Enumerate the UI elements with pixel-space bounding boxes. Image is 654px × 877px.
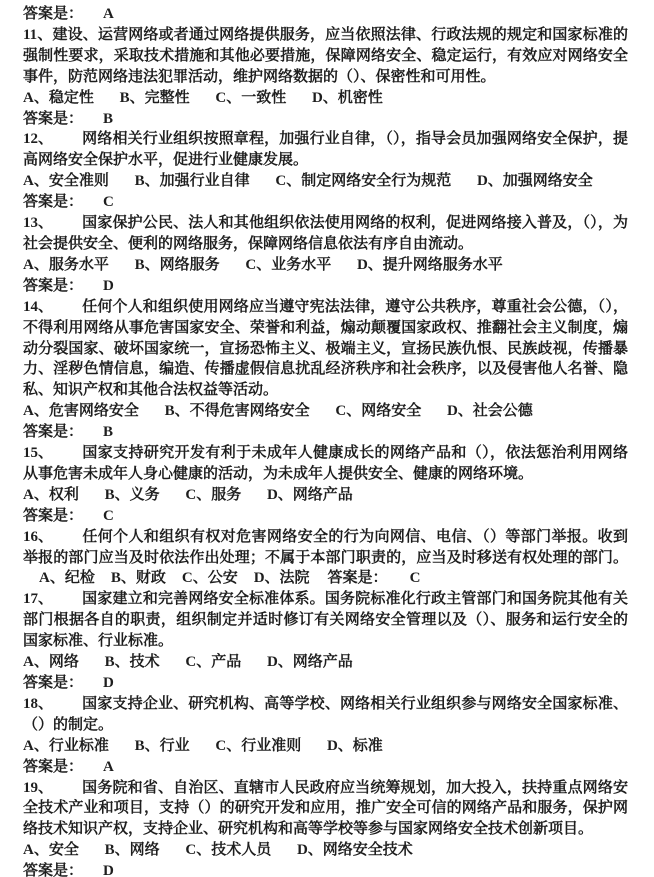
answer-label: 答案是： — [23, 109, 103, 130]
question-text-block: 18、国家支持企业、研究机构、高等学校、网络相关行业组织参与网络安全国家标准、（… — [23, 694, 628, 736]
question-number: 11、 — [23, 27, 52, 43]
answer-label: 答案是： — [23, 673, 103, 694]
option-b: B、行业 — [135, 738, 190, 754]
option-a: A、安全 — [23, 842, 79, 858]
answer-value: D — [103, 675, 114, 691]
answer-line: 答案是：B — [23, 109, 628, 130]
question-number: 14、 — [23, 297, 82, 318]
question-text-block: 13、国家保护公民、法人和其他组织依法使用网络的权利，促进网络接入普及，（），为… — [23, 213, 628, 255]
option-a: A、行业标准 — [23, 738, 109, 754]
question-text: 任何个人和组织有权对危害网络安全的行为向网信、电信、（）等部门举报。收到举报的部… — [23, 529, 628, 566]
options-line: A、安全准则 B、加强行业自律 C、制定网络安全行为规范 D、加强网络安全 — [23, 171, 628, 192]
option-b: B、财政 — [111, 570, 166, 586]
question-text-block: 16、任何个人和组织有权对危害网络安全的行为向网信、电信、（）等部门举报。收到举… — [23, 527, 628, 590]
options-line: A、服务水平 B、网络服务 C、业务水平 D、提升网络服务水平 — [23, 255, 628, 276]
question-number: 13、 — [23, 213, 82, 234]
question-number: 15、 — [23, 443, 82, 464]
option-b: B、义务 — [105, 487, 160, 503]
option-a: A、安全准则 — [23, 173, 109, 189]
question-text: 国家保护公民、法人和其他组织依法使用网络的权利，促进网络接入普及，（），为社会提… — [23, 215, 628, 252]
question-18: 18、国家支持企业、研究机构、高等学校、网络相关行业组织参与网络安全国家标准、（… — [23, 694, 628, 778]
answer-line: 答案是：D — [23, 276, 628, 297]
question-number: 16、 — [23, 527, 82, 548]
option-b: B、不得危害网络安全 — [165, 403, 310, 419]
options-line: A、权利 B、义务 C、服务 D、网络产品 — [23, 485, 628, 506]
answer-value: B — [103, 424, 113, 440]
question-11: 11、建设、运营网络或者通过网络提供服务，应当依照法律、行政法规的规定和国家标准… — [23, 25, 628, 130]
options-line: A、危害网络安全 B、不得危害网络安全 C、网络安全 D、社会公德 — [23, 401, 628, 422]
question-number: 12、 — [23, 129, 82, 150]
option-a: A、稳定性 — [23, 90, 94, 106]
option-c: C、技术人员 — [185, 842, 271, 858]
option-d: D、社会公德 — [447, 403, 533, 419]
option-d: D、加强网络安全 — [477, 173, 593, 189]
question-text: 建设、运营网络或者通过网络提供服务，应当依照法律、行政法规的规定和国家标准的强制… — [23, 27, 628, 85]
option-a: A、服务水平 — [23, 257, 109, 273]
option-a: A、网络 — [23, 654, 79, 670]
answer-label: 答案是： — [23, 4, 103, 25]
question-text-block: 11、建设、运营网络或者通过网络提供服务，应当依照法律、行政法规的规定和国家标准… — [23, 25, 628, 88]
answer-line: 答案是：C — [23, 506, 628, 527]
answer-value: A — [103, 759, 114, 775]
option-b: B、技术 — [105, 654, 160, 670]
option-c: C、一致性 — [215, 90, 286, 106]
option-a: A、权利 — [23, 487, 79, 503]
option-d: D、网络安全技术 — [297, 842, 413, 858]
question-number: 17、 — [23, 589, 82, 610]
answer-value: C — [103, 508, 114, 524]
answer-label: 答案是： — [23, 422, 103, 443]
answer-label: 答案是： — [23, 757, 103, 778]
answer-line: 答案是：A — [23, 757, 628, 778]
options-line: A、稳定性 B、完整性 C、一致性 D、机密性 — [23, 88, 628, 109]
answer-value: C — [410, 570, 421, 586]
option-d: D、机密性 — [312, 90, 383, 106]
answer-value: D — [103, 863, 114, 877]
question-text: 任何个人和组织使用网络应当遵守宪法法律，遵守公共秩序，尊重社会公德，（），不得利… — [23, 299, 628, 399]
answer-value: A — [103, 6, 114, 22]
option-d: D、网络产品 — [267, 654, 353, 670]
option-c: C、服务 — [185, 487, 241, 503]
option-c: C、公安 — [182, 570, 238, 586]
document-page: 答案是：A 11、建设、运营网络或者通过网络提供服务，应当依照法律、行政法规的规… — [0, 0, 654, 877]
previous-answer-line: 答案是：A — [23, 4, 628, 25]
question-12: 12、网络相关行业组织按照章程，加强行业自律，（），指导会员加强网络安全保护，提… — [23, 129, 628, 213]
answer-label: 答案是： — [328, 570, 388, 586]
answer-value: D — [103, 278, 114, 294]
options-line: A、网络 B、技术 C、产品 D、网络产品 — [23, 652, 628, 673]
question-text-block: 19、国务院和省、自治区、直辖市人民政府应当统筹规划，加大投入，扶持重点网络安全… — [23, 778, 628, 841]
answer-label: 答案是： — [23, 192, 103, 213]
option-b: B、完整性 — [120, 90, 190, 106]
question-text: 网络相关行业组织按照章程，加强行业自律，（），指导会员加强网络安全保护，提高网络… — [23, 131, 628, 168]
answer-label: 答案是： — [23, 276, 103, 297]
answer-label: 答案是： — [23, 506, 103, 527]
question-text-block: 14、任何个人和组织使用网络应当遵守宪法法律，遵守公共秩序，尊重社会公德，（），… — [23, 297, 628, 402]
question-13: 13、国家保护公民、法人和其他组织依法使用网络的权利，促进网络接入普及，（），为… — [23, 213, 628, 297]
question-number: 18、 — [23, 694, 82, 715]
option-c: C、业务水平 — [245, 257, 331, 273]
question-text-block: 17、国家建立和完善网络安全标准体系。国务院标准化行政主管部门和国务院其他有关部… — [23, 589, 628, 652]
options-line: A、行业标准 B、行业 C、行业准则 D、标准 — [23, 736, 628, 757]
options-line: A、安全 B、网络 C、技术人员 D、网络安全技术 — [23, 840, 628, 861]
question-number: 19、 — [23, 778, 82, 799]
option-b: B、网络 — [105, 842, 160, 858]
option-d: D、网络产品 — [267, 487, 353, 503]
question-19: 19、国务院和省、自治区、直辖市人民政府应当统筹规划，加大投入，扶持重点网络安全… — [23, 778, 628, 877]
option-a: A、危害网络安全 — [23, 403, 139, 419]
question-17: 17、国家建立和完善网络安全标准体系。国务院标准化行政主管部门和国务院其他有关部… — [23, 589, 628, 694]
option-c: C、网络安全 — [335, 403, 421, 419]
question-text: 国家建立和完善网络安全标准体系。国务院标准化行政主管部门和国务院其他有关部门根据… — [23, 591, 628, 649]
question-text-block: 12、网络相关行业组织按照章程，加强行业自律，（），指导会员加强网络安全保护，提… — [23, 129, 628, 171]
option-c: C、产品 — [185, 654, 241, 670]
answer-line: 答案是：B — [23, 422, 628, 443]
question-text-block: 15、国家支持研究开发有利于未成年人健康成长的网络产品和（），依法惩治利用网络从… — [23, 443, 628, 485]
option-c: C、行业准则 — [215, 738, 301, 754]
answer-line: 答案是：D — [23, 673, 628, 694]
question-text: 国务院和省、自治区、直辖市人民政府应当统筹规划，加大投入，扶持重点网络安全技术产… — [23, 780, 628, 838]
question-text: 国家支持研究开发有利于未成年人健康成长的网络产品和（），依法惩治利用网络从事危害… — [23, 445, 628, 482]
question-16: 16、任何个人和组织有权对危害网络安全的行为向网信、电信、（）等部门举报。收到举… — [23, 527, 628, 590]
answer-line: 答案是：D — [23, 861, 628, 877]
answer-value: C — [103, 194, 114, 210]
option-c: C、制定网络安全行为规范 — [275, 173, 451, 189]
option-a: A、纪检 — [39, 570, 95, 586]
answer-label: 答案是： — [23, 861, 103, 877]
option-d: D、标准 — [327, 738, 383, 754]
answer-value: B — [103, 111, 113, 127]
question-14: 14、任何个人和组织使用网络应当遵守宪法法律，遵守公共秩序，尊重社会公德，（），… — [23, 297, 628, 443]
option-d: D、法院 — [254, 570, 310, 586]
answer-line: 答案是：C — [23, 192, 628, 213]
option-b: B、加强行业自律 — [135, 173, 250, 189]
option-d: D、提升网络服务水平 — [357, 257, 503, 273]
option-b: B、网络服务 — [135, 257, 220, 273]
question-text: 国家支持企业、研究机构、高等学校、网络相关行业组织参与网络安全国家标准、（）的制… — [23, 696, 628, 733]
question-15: 15、国家支持研究开发有利于未成年人健康成长的网络产品和（），依法惩治利用网络从… — [23, 443, 628, 527]
